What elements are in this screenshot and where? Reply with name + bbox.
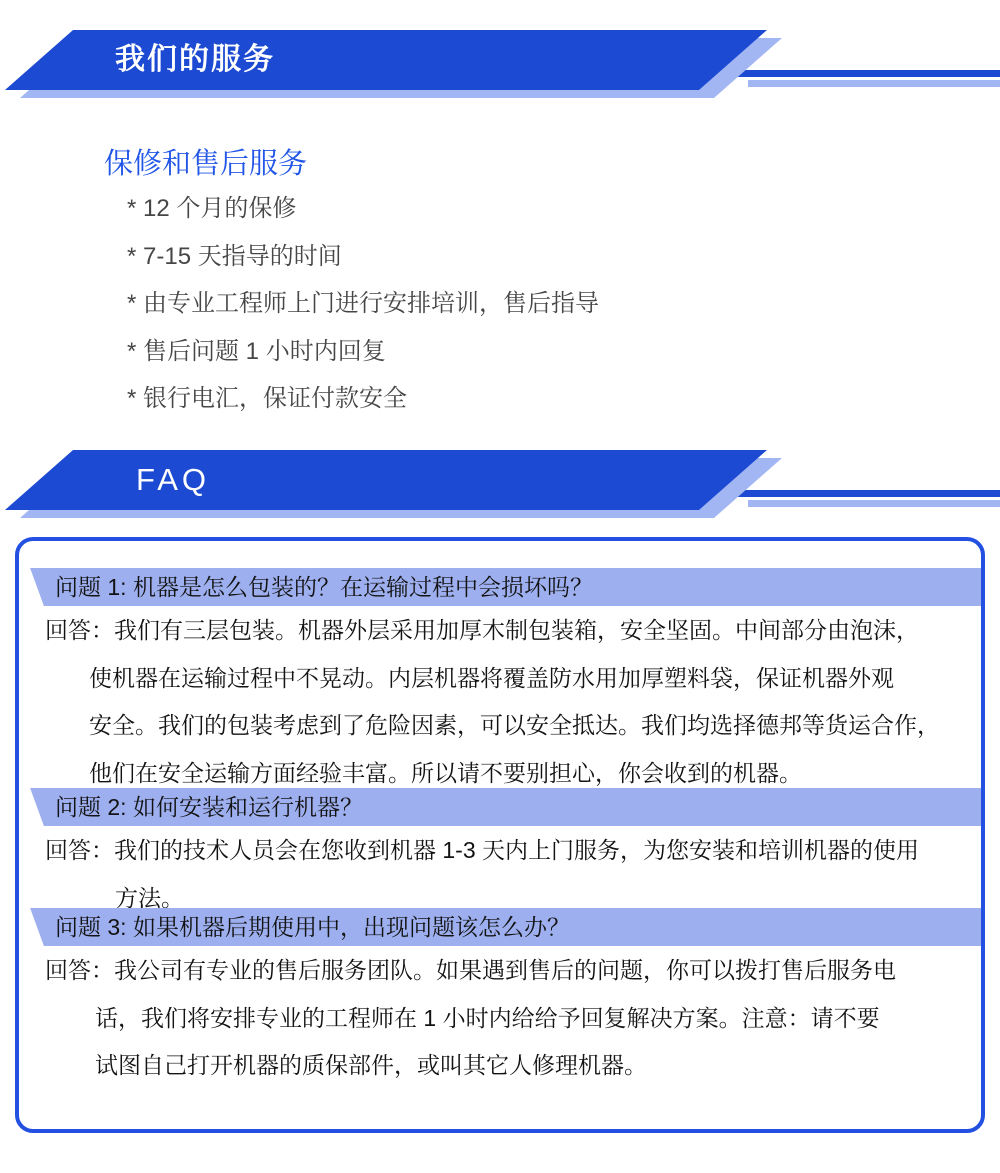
banner-accent-line-light xyxy=(748,80,1000,87)
faq-box: 问题 1: 机器是怎么包装的？在运输过程中会损坏吗？ 回答：我们有三层包装。机器… xyxy=(15,537,985,1133)
faq-answer-line: 回答：我们的技术人员会在您收到机器 1-3 天内上门服务，为您安装和培训机器的使… xyxy=(45,827,975,875)
faq-answer-line: 安全。我们的包装考虑到了危险因素，可以安全抵达。我们均选择德邦等货运合作， xyxy=(45,702,975,750)
faq-question-bar: 问题 2: 如何安装和运行机器？ xyxy=(37,788,985,826)
faq-question-text: 问题 1: 机器是怎么包装的？在运输过程中会损坏吗？ xyxy=(55,574,593,600)
faq-answer-line: 试图自己打开机器的质保部件，或叫其它人修理机器。 xyxy=(45,1042,975,1090)
faq-banner-title: FAQ xyxy=(136,450,210,510)
faq-banner: FAQ xyxy=(0,420,1000,540)
warranty-bullet-item: * 由专业工程师上门进行安排培训，售后指导 xyxy=(127,280,599,328)
faq-answer: 回答：我们有三层包装。机器外层采用加厚木制包装箱，安全坚固。中间部分由泡沫， 使… xyxy=(45,607,975,797)
faq-question-text: 问题 3: 如果机器后期使用中，出现问题该怎么办？ xyxy=(55,914,570,940)
faq-answer: 回答：我公司有专业的售后服务团队。如果遇到售后的问题，你可以拨打售后服务电 话，… xyxy=(45,947,975,1090)
banner-accent-line-blue xyxy=(723,490,1000,497)
services-banner: 我们的服务 xyxy=(0,0,1000,120)
faq-answer-line: 话，我们将安排专业的工程师在 1 小时内给给予回复解决方案。注意：请不要 xyxy=(45,995,975,1043)
warranty-bullet-item: * 12 个月的保修 xyxy=(127,185,599,233)
faq-answer-line: 回答：我们有三层包装。机器外层采用加厚木制包装箱，安全坚固。中间部分由泡沫， xyxy=(45,607,975,655)
faq-question-bar: 问题 1: 机器是怎么包装的？在运输过程中会损坏吗？ xyxy=(37,568,985,606)
faq-answer-line: 使机器在运输过程中不晃动。内层机器将覆盖防水用加厚塑料袋，保证机器外观 xyxy=(45,655,975,703)
faq-answer-line: 回答：我公司有专业的售后服务团队。如果遇到售后的问题，你可以拨打售后服务电 xyxy=(45,947,975,995)
warranty-bullet-item: * 银行电汇，保证付款安全 xyxy=(127,375,599,423)
warranty-bullet-item: * 售后问题 1 小时内回复 xyxy=(127,328,599,376)
warranty-section-heading: 保修和售后服务 xyxy=(104,141,307,182)
warranty-bullet-item: * 7-15 天指导的时间 xyxy=(127,233,599,281)
banner-accent-line-blue xyxy=(723,70,1000,77)
banner-main-shape xyxy=(5,450,767,510)
faq-question-text: 问题 2: 如何安装和运行机器？ xyxy=(55,794,363,820)
warranty-bullet-list: * 12 个月的保修 * 7-15 天指导的时间 * 由专业工程师上门进行安排培… xyxy=(127,185,599,423)
services-banner-title: 我们的服务 xyxy=(115,30,275,90)
faq-question-bar: 问题 3: 如果机器后期使用中，出现问题该怎么办？ xyxy=(37,908,985,946)
banner-accent-line-light xyxy=(748,500,1000,507)
